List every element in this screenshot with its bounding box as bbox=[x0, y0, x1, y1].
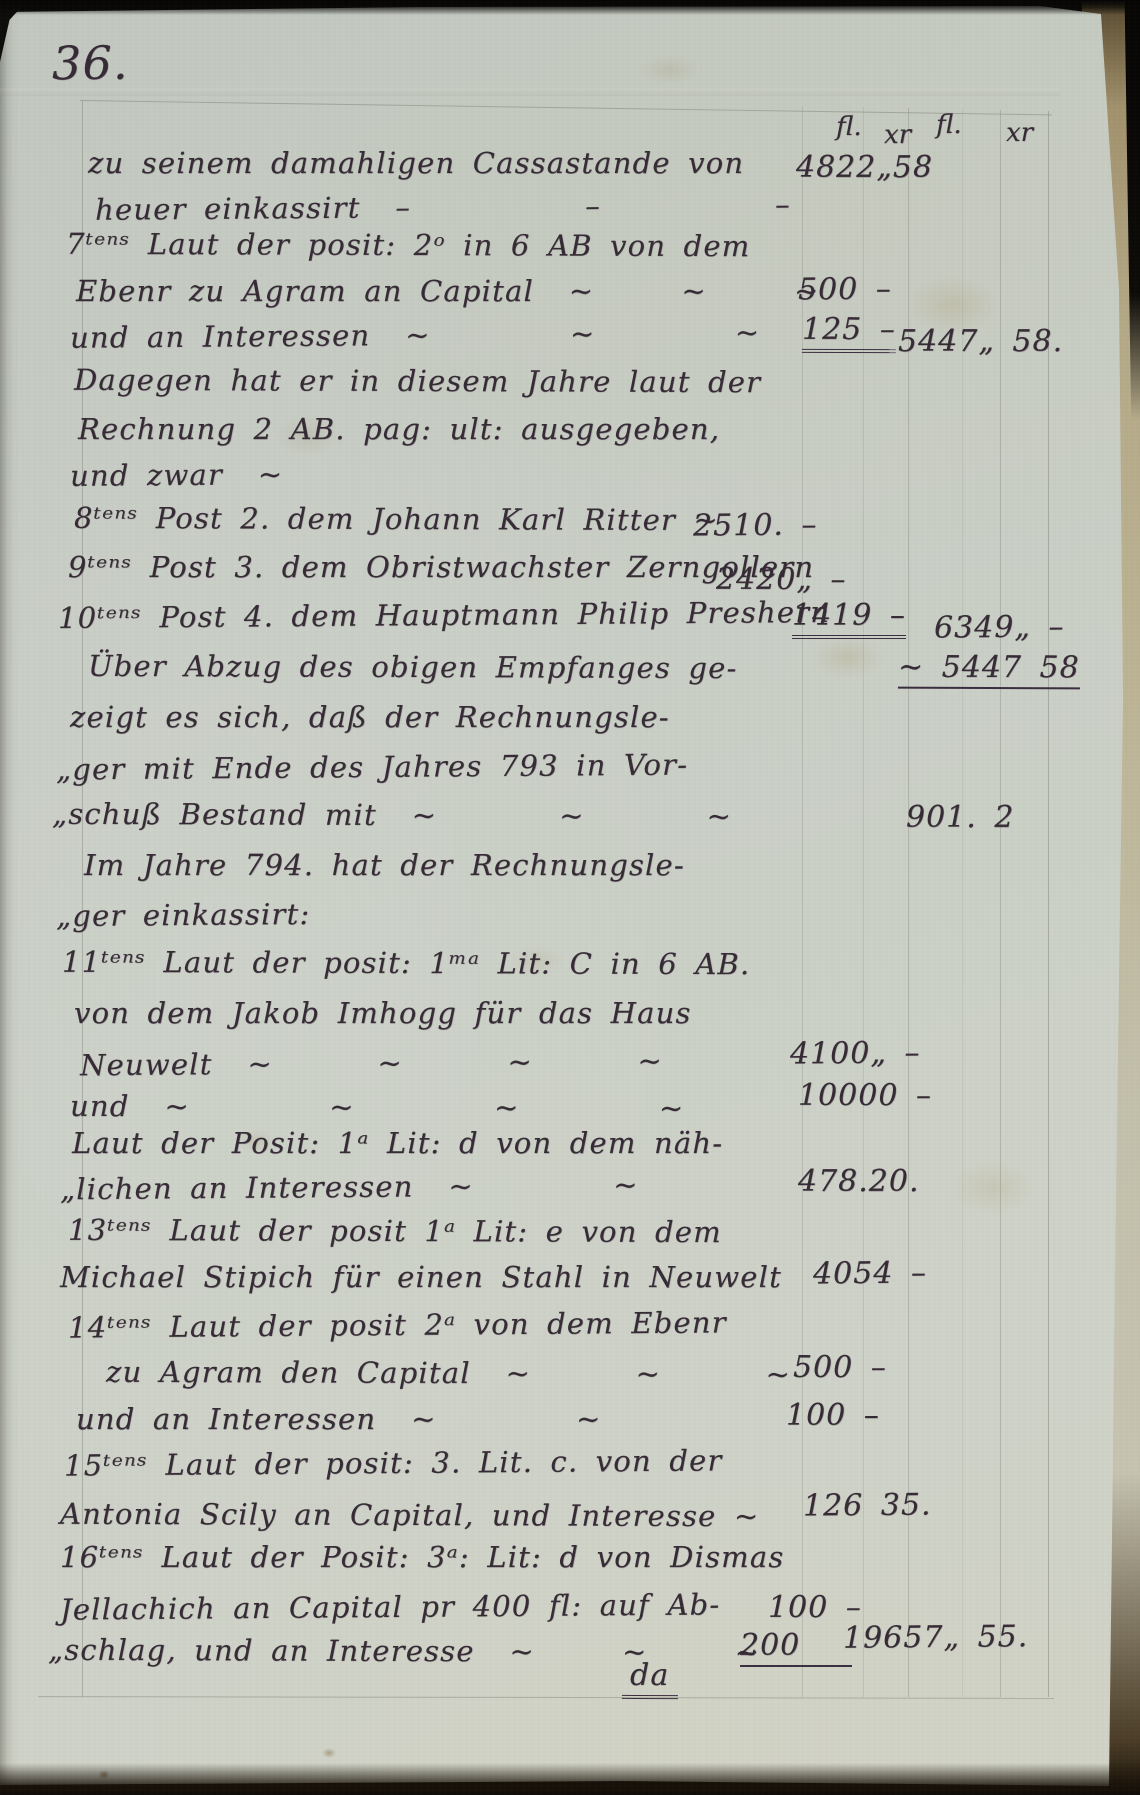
paper-stain bbox=[810, 635, 885, 680]
amount-value: 500 – bbox=[798, 272, 892, 308]
manuscript-line: und ~ ~ ~ ~ bbox=[70, 1089, 685, 1125]
manuscript-line: 13ᵗᵉⁿˢ Laut der posit 1ᵃ Lit: e von dem bbox=[68, 1213, 722, 1249]
manuscript-line: 15ᵗᵉⁿˢ Laut der posit: 3. Lit. c. von de… bbox=[64, 1443, 723, 1482]
amount-value-double-underlined: 1419 – bbox=[792, 598, 906, 639]
manuscript-line: von dem Jakob Imhogg für das Haus bbox=[74, 996, 692, 1030]
manuscript-line: 16ᵗᵉⁿˢ Laut der Posit: 3ᵃ: Lit: d von Di… bbox=[60, 1540, 784, 1574]
manuscript-line: Über Abzug des obigen Empfanges ge- bbox=[88, 649, 738, 685]
amount-value-underlined: ~ 5447 58 bbox=[898, 650, 1080, 690]
amount-value: 126 35. bbox=[803, 1487, 932, 1523]
manuscript-line: Ebenr zu Agram an Capital ~ ~ ~ bbox=[76, 274, 819, 308]
amount-value: 478.20. bbox=[798, 1164, 920, 1199]
manuscript-line: Rechnung 2 AB. pag: ult: ausgegeben, bbox=[78, 412, 720, 446]
paper-stain bbox=[640, 55, 700, 85]
amount-value-total: 19657„ 55. bbox=[843, 1619, 1029, 1655]
manuscript-line: und zwar ~ bbox=[70, 457, 284, 493]
amount-value-total: 5447„ 58. bbox=[898, 324, 1063, 359]
amount-value: 4054 – bbox=[813, 1256, 927, 1292]
scan-edge-bottom bbox=[0, 1763, 1140, 1795]
amount-value: 10000 – bbox=[798, 1078, 932, 1113]
manuscript-line: Laut der Posit: 1ᵃ Lit: d von dem näh- bbox=[72, 1126, 723, 1160]
amount-value: 2420„ – bbox=[716, 562, 847, 597]
amount-value: 901. 2 bbox=[906, 800, 1014, 835]
manuscript-line: „ger mit Ende des Jahres 793 in Vor- bbox=[56, 748, 688, 787]
manuscript-line: 8ᵗᵉⁿˢ Post 2. dem Johann Karl Ritter ~ bbox=[74, 501, 719, 537]
manuscript-line: Im Jahre 794. hat der Rechnungsle- bbox=[84, 848, 685, 882]
carry-over-mark: da bbox=[622, 1658, 678, 1699]
amount-value: 4822„58 bbox=[796, 150, 933, 185]
paper-speck bbox=[322, 1748, 336, 1758]
manuscript-line: „ger einkassirt: bbox=[56, 897, 311, 933]
manuscript-line: zu seinem damahligen Cassastande von bbox=[88, 146, 744, 180]
manuscript-line: Michael Stipich für einen Stahl in Neuwe… bbox=[60, 1260, 782, 1294]
amount-value: 500 – bbox=[793, 1350, 887, 1385]
ledger-page-scan: 36. fl. xr fl. xr zu seinem damahligen C… bbox=[0, 0, 1140, 1795]
manuscript-line: 9ᵗᵉⁿˢ Post 3. dem Obristwachster Zerngol… bbox=[68, 550, 814, 584]
page-number: 36. bbox=[52, 36, 129, 91]
manuscript-line: 14ᵗᵉⁿˢ Laut der posit 2ᵃ von dem Ebenr bbox=[68, 1305, 727, 1344]
manuscript-line: 10ᵗᵉⁿˢ Post 4. dem Hauptmann Philip Pres… bbox=[58, 595, 830, 635]
manuscript-line: 7ᵗᵉⁿˢ Laut der posit: 2ᵒ in 6 AB von dem bbox=[66, 227, 751, 263]
column-header-fl-2: fl. bbox=[936, 110, 962, 140]
manuscript-line: Dagegen hat er in diesem Jahre laut der bbox=[74, 363, 761, 399]
manuscript-line: zeigt es sich, daß der Rechnungsle- bbox=[70, 700, 670, 734]
manuscript-line: „schuß Bestand mit ~ ~ ~ bbox=[52, 797, 732, 833]
manuscript-line: und an Interessen ~ ~ bbox=[76, 1402, 601, 1436]
scan-edge-top bbox=[0, 0, 1140, 15]
manuscript-line: „lichen an Interessen ~ ~ bbox=[60, 1168, 639, 1207]
manuscript-line: Jellachich an Capital pr 400 fl: auf Ab- bbox=[60, 1587, 721, 1626]
amount-value: 100 – bbox=[786, 1398, 880, 1433]
manuscript-line: heuer einkassirt – – – bbox=[95, 187, 791, 226]
manuscript-line: 11ᵗᵉⁿˢ Laut der posit: 1ᵐᵃ Lit: C in 6 A… bbox=[62, 945, 751, 981]
column-header-xr-1: xr bbox=[884, 120, 911, 150]
column-header-xr-2: xr bbox=[1006, 118, 1033, 148]
paper-crease bbox=[0, 88, 1060, 96]
amount-value: 2510. – bbox=[693, 508, 818, 544]
manuscript-line: und an Interessen ~ ~ ~ bbox=[70, 315, 761, 354]
manuscript-line: Antonia Scily an Capital, und Interesse … bbox=[60, 1497, 759, 1533]
amount-value-double-underlined: 125 – bbox=[802, 312, 896, 353]
amount-value-underlined: 200 bbox=[740, 1628, 852, 1667]
amount-value: 4100„ – bbox=[790, 1035, 921, 1071]
amount-value-total: 6349„ – bbox=[934, 609, 1065, 645]
column-header-fl-1: fl. bbox=[836, 112, 862, 142]
manuscript-line: Neuwelt ~ ~ ~ ~ bbox=[80, 1044, 663, 1083]
manuscript-line: zu Agram den Capital ~ ~ ~ bbox=[106, 1355, 791, 1391]
